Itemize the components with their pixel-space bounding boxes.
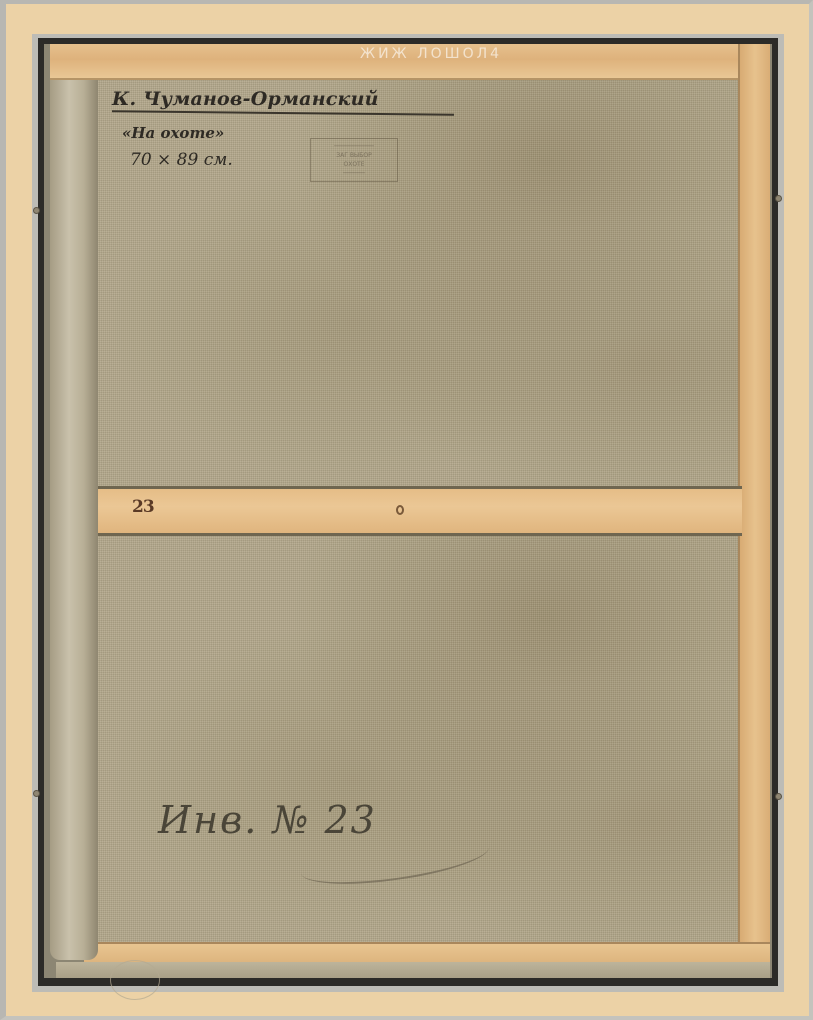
screw-icon — [775, 793, 782, 800]
wood-knot — [396, 505, 404, 515]
dimensions-inscription: 70 × 89 см. — [130, 150, 233, 170]
crossbar-number: 23 — [132, 497, 154, 517]
screw-icon — [33, 207, 40, 214]
painting-title-inscription: «На охоте» — [122, 124, 224, 142]
screw-icon — [33, 790, 40, 797]
canvas-fold-bottom — [56, 962, 770, 978]
chalk-marks: ЖИЖ ЛОШОЛ4 — [360, 46, 502, 62]
faded-stamp: ─────────── ЗАГ ВЫБОР ОХОТЕ ────── — [310, 138, 398, 182]
stamp-line: ────── — [314, 169, 394, 178]
screw-icon — [775, 195, 782, 202]
stretcher-right-bar — [738, 44, 770, 950]
canvas-fold-left — [50, 80, 98, 960]
stamp-line: ЗАГ ВЫБОР — [314, 151, 394, 160]
artist-name-inscription: К. Чуманов-Орманский — [112, 88, 379, 110]
stretcher-crossbar: 23 — [96, 486, 742, 536]
stamp-line: ОХОТЕ — [314, 160, 394, 169]
stretcher-bottom-bar — [84, 942, 770, 964]
painting-back-photo: ЖИЖ ЛОШОЛ4 23 К. Чуманов-Орманский «На о… — [0, 0, 813, 1020]
inventory-number-inscription: Инв. № 23 — [158, 798, 377, 842]
loose-thread — [110, 960, 160, 1000]
stamp-line: ─────────── — [314, 142, 394, 151]
canvas-lower-panel — [96, 536, 738, 942]
